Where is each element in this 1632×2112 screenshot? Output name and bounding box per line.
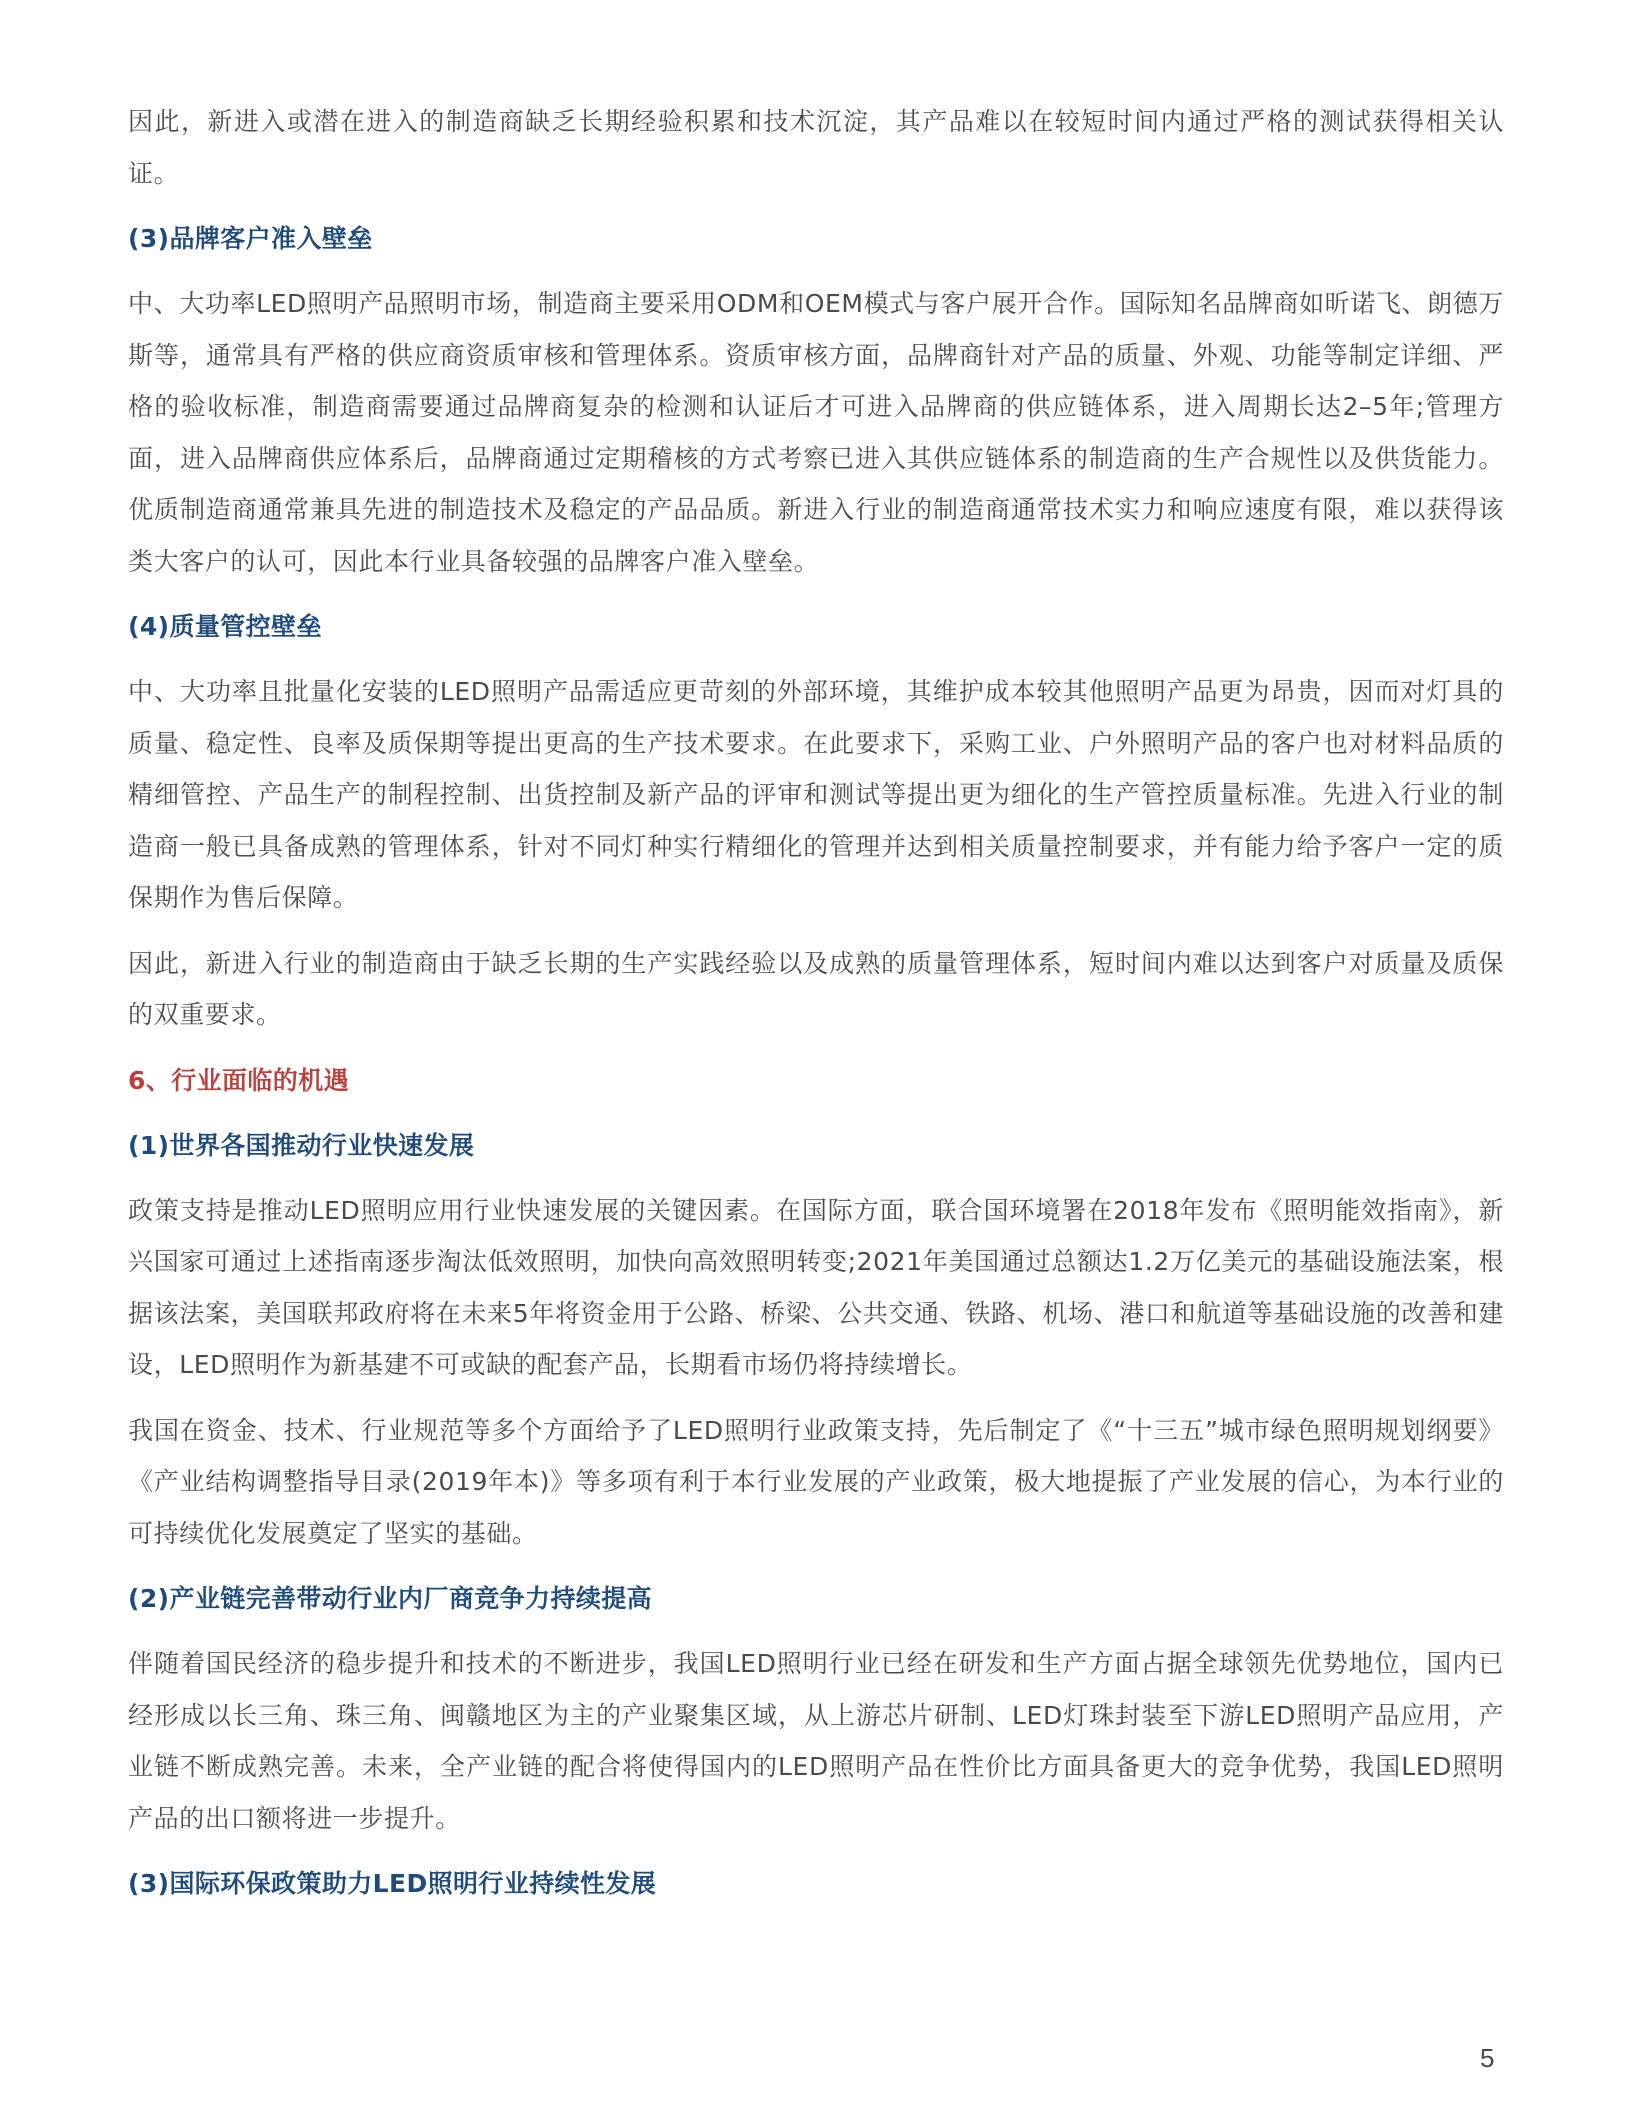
document-page: 因此，新进入或潜在进入的制造商缺乏长期经验积累和技术沉淀，其产品难以在较短时间内… <box>128 96 1504 1923</box>
subheading-quality-control-barrier: (4)质量管控壁垒 <box>128 601 1504 652</box>
paragraph-brand-customer-barrier: 中、大功率LED照明产品照明市场，制造商主要采用ODM和OEM模式与客户展开合作… <box>128 278 1504 587</box>
subheading-brand-customer-barrier: (3)品牌客户准入壁垒 <box>128 213 1504 264</box>
paragraph-certification-conclusion: 因此，新进入或潜在进入的制造商缺乏长期经验积累和技术沉淀，其产品难以在较短时间内… <box>128 96 1504 199</box>
section-heading-opportunities: 6、行业面临的机遇 <box>128 1055 1504 1106</box>
paragraph-international-policy: 政策支持是推动LED照明应用行业快速发展的关键因素。在国际方面，联合国环境署在2… <box>128 1185 1504 1391</box>
paragraph-industry-chain: 伴随着国民经济的稳步提升和技术的不断进步，我国LED照明行业已经在研发和生产方面… <box>128 1638 1504 1844</box>
page-number: 5 <box>1480 2043 1494 2074</box>
subheading-industry-chain: (2)产业链完善带动行业内厂商竞争力持续提高 <box>128 1573 1504 1624</box>
subheading-environmental-policy: (3)国际环保政策助力LED照明行业持续性发展 <box>128 1858 1504 1909</box>
paragraph-domestic-policy: 我国在资金、技术、行业规范等多个方面给予了LED照明行业政策支持，先后制定了《“… <box>128 1405 1504 1560</box>
paragraph-quality-conclusion: 因此，新进入行业的制造商由于缺乏长期的生产实践经验以及成熟的质量管理体系，短时间… <box>128 938 1504 1041</box>
subheading-global-promotion: (1)世界各国推动行业快速发展 <box>128 1120 1504 1171</box>
paragraph-quality-control-barrier: 中、大功率且批量化安装的LED照明产品需适应更苛刻的外部环境，其维护成本较其他照… <box>128 666 1504 924</box>
